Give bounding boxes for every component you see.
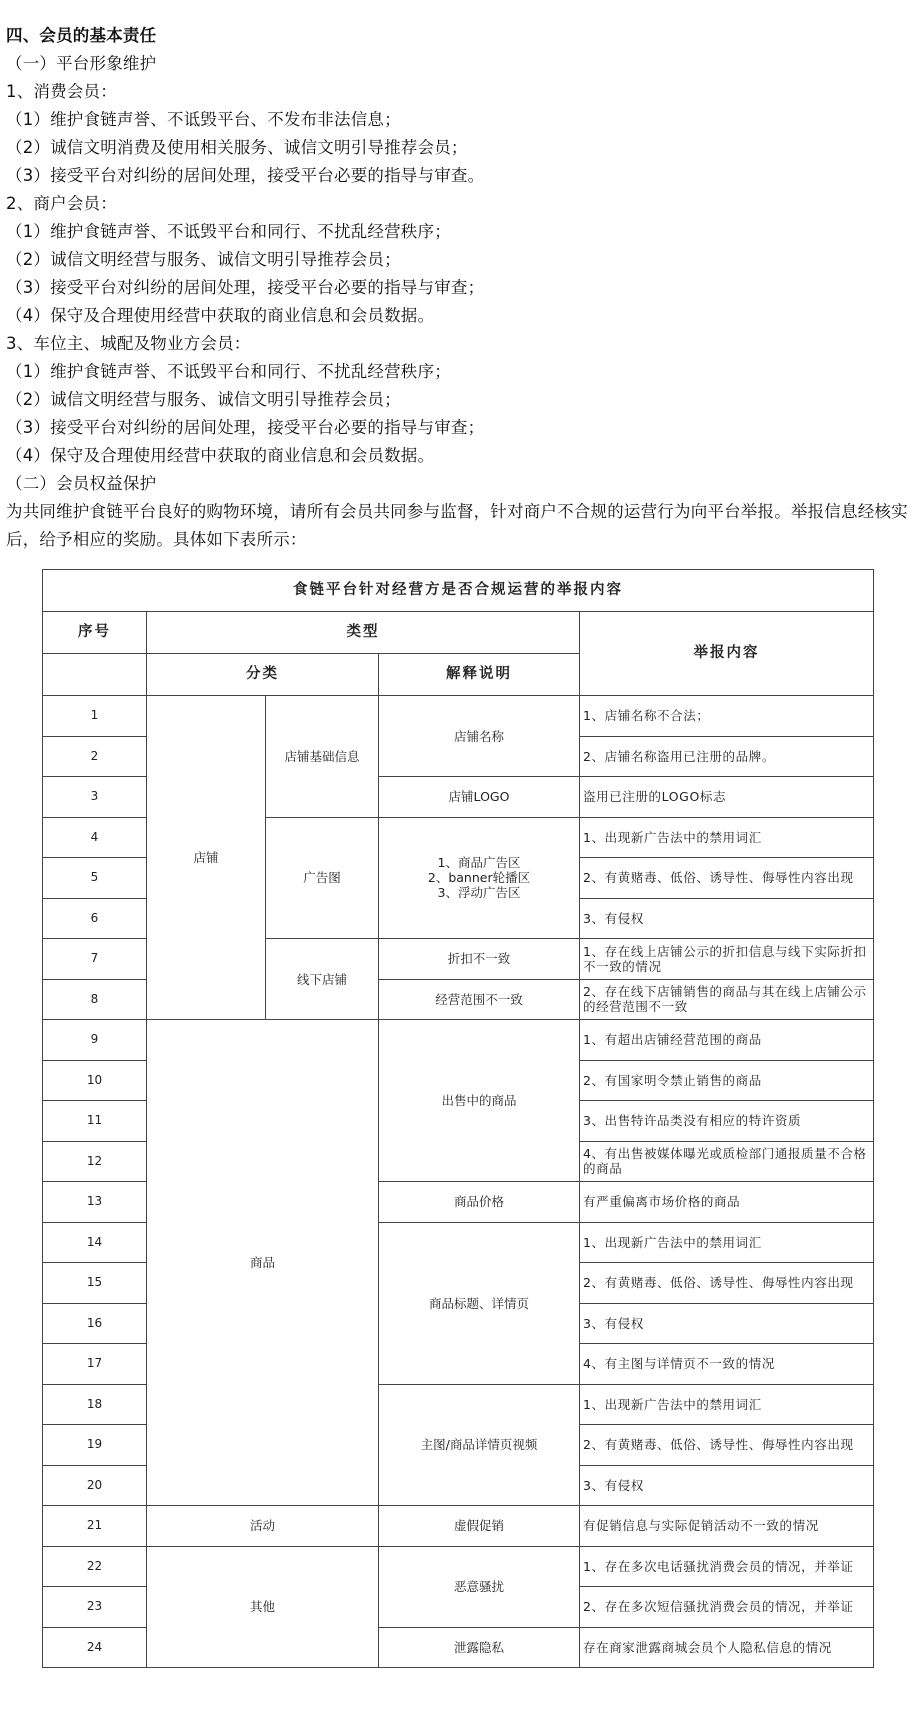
row-seq: 23 — [43, 1587, 147, 1628]
row-content: 4、有出售被媒体曝光或质检部门通报质量不合格的商品 — [580, 1141, 874, 1182]
row-seq: 24 — [43, 1627, 147, 1668]
row-content: 3、有侵权 — [580, 1303, 874, 1344]
table-row: 1 店铺 店铺基础信息 店铺名称 1、店铺名称不合法； — [43, 696, 874, 737]
row-seq: 12 — [43, 1141, 147, 1182]
row-content: 1、存在多次电话骚扰消费会员的情况，并举证 — [580, 1546, 874, 1587]
header-category: 分类 — [147, 654, 379, 696]
subcategory-offline-shop: 线下店铺 — [266, 939, 379, 1020]
row-seq: 21 — [43, 1506, 147, 1547]
category-activity: 活动 — [147, 1506, 379, 1547]
category-goods: 商品 — [147, 1020, 379, 1506]
explanation-privacy-leak: 泄露隐私 — [379, 1627, 580, 1668]
merchant-item: （1）维护食链声誉、不诋毁平台和同行、不扰乱经营秩序； — [6, 218, 912, 246]
row-content: 1、出现新广告法中的禁用词汇 — [580, 817, 874, 858]
explanation-ad-zones: 1、商品广告区 2、banner轮播区 3、浮动广告区 — [379, 817, 580, 939]
merchant-member-title: 2、商户会员： — [6, 190, 912, 218]
explanation-scope-mismatch: 经营范围不一致 — [379, 979, 580, 1020]
parking-member-title: 3、车位主、城配及物业方会员： — [6, 330, 912, 358]
row-seq: 13 — [43, 1182, 147, 1223]
subcategory-ad-image: 广告图 — [266, 817, 379, 939]
row-seq: 22 — [43, 1546, 147, 1587]
parking-item: （4）保守及合理使用经营中获取的商业信息和会员数据。 — [6, 442, 912, 470]
explanation-main-image-video: 主图/商品详情页视频 — [379, 1384, 580, 1506]
row-seq: 8 — [43, 979, 147, 1020]
row-seq: 11 — [43, 1101, 147, 1142]
row-seq: 7 — [43, 939, 147, 980]
row-content: 2、有黄赌毒、低俗、诱导性、侮辱性内容出现 — [580, 858, 874, 899]
category-shop: 店铺 — [147, 696, 266, 1020]
explanation-shop-logo: 店铺LOGO — [379, 777, 580, 818]
header-seq: 序号 — [43, 612, 147, 654]
subcategory-shop-basic: 店铺基础信息 — [266, 696, 379, 818]
explanation-discount-mismatch: 折扣不一致 — [379, 939, 580, 980]
explanation-goods-price: 商品价格 — [379, 1182, 580, 1223]
row-seq: 2 — [43, 736, 147, 777]
explanation-harassment: 恶意骚扰 — [379, 1546, 580, 1627]
explanation-shop-name: 店铺名称 — [379, 696, 580, 777]
parking-item: （2）诚信文明经营与服务、诚信文明引导推荐会员； — [6, 386, 912, 414]
consumer-member-title: 1、消费会员： — [6, 78, 912, 106]
row-seq: 1 — [43, 696, 147, 737]
header-seq-blank — [43, 654, 147, 696]
document-body: 四、会员的基本责任 （一）平台形象维护 1、消费会员： （1）维护食链声誉、不诋… — [6, 22, 912, 554]
row-content: 有促销信息与实际促销活动不一致的情况 — [580, 1506, 874, 1547]
consumer-item: （1）维护食链声誉、不诋毁平台、不发布非法信息； — [6, 106, 912, 134]
table-title: 食链平台针对经营方是否合规运营的举报内容 — [43, 570, 874, 612]
category-other: 其他 — [147, 1546, 379, 1668]
consumer-item: （3）接受平台对纠纷的居间处理，接受平台必要的指导与审查。 — [6, 162, 912, 190]
intro-paragraph: 为共同维护食链平台良好的购物环境，请所有会员共同参与监督，针对商户不合规的运营行… — [6, 498, 910, 554]
row-seq: 6 — [43, 898, 147, 939]
report-table: 食链平台针对经营方是否合规运营的举报内容 序号 类型 举报内容 分类 解释说明 … — [42, 569, 874, 1668]
explanation-goods-on-sale: 出售中的商品 — [379, 1020, 580, 1182]
row-content: 1、出现新广告法中的禁用词汇 — [580, 1384, 874, 1425]
section-heading: 四、会员的基本责任 — [6, 22, 912, 50]
merchant-item: （4）保守及合理使用经营中获取的商业信息和会员数据。 — [6, 302, 912, 330]
row-content: 1、店铺名称不合法； — [580, 696, 874, 737]
header-content: 举报内容 — [580, 612, 874, 696]
header-type: 类型 — [147, 612, 580, 654]
parking-item: （1）维护食链声誉、不诋毁平台和同行、不扰乱经营秩序； — [6, 358, 912, 386]
subsection-heading-image: （一）平台形象维护 — [6, 50, 912, 78]
row-seq: 20 — [43, 1465, 147, 1506]
explanation-goods-title-detail: 商品标题、详情页 — [379, 1222, 580, 1384]
row-content: 1、出现新广告法中的禁用词汇 — [580, 1222, 874, 1263]
row-content: 3、有侵权 — [580, 1465, 874, 1506]
row-content: 2、有黄赌毒、低俗、诱导性、侮辱性内容出现 — [580, 1263, 874, 1304]
row-seq: 14 — [43, 1222, 147, 1263]
table-row: 22 其他 恶意骚扰 1、存在多次电话骚扰消费会员的情况，并举证 — [43, 1546, 874, 1587]
row-seq: 18 — [43, 1384, 147, 1425]
row-seq: 5 — [43, 858, 147, 899]
row-content: 存在商家泄露商城会员个人隐私信息的情况 — [580, 1627, 874, 1668]
merchant-item: （3）接受平台对纠纷的居间处理，接受平台必要的指导与审查； — [6, 274, 912, 302]
row-content: 1、存在线上店铺公示的折扣信息与线下实际折扣不一致的情况 — [580, 939, 874, 980]
row-content: 2、存在线下店铺销售的商品与其在线上店铺公示的经营范围不一致 — [580, 979, 874, 1020]
row-seq: 19 — [43, 1425, 147, 1466]
table-row: 21 活动 虚假促销 有促销信息与实际促销活动不一致的情况 — [43, 1506, 874, 1547]
row-content: 3、有侵权 — [580, 898, 874, 939]
row-content: 2、有黄赌毒、低俗、诱导性、侮辱性内容出现 — [580, 1425, 874, 1466]
row-content: 1、有超出店铺经营范围的商品 — [580, 1020, 874, 1061]
row-content: 2、有国家明令禁止销售的商品 — [580, 1060, 874, 1101]
row-seq: 17 — [43, 1344, 147, 1385]
row-content: 3、出售特许品类没有相应的特许资质 — [580, 1101, 874, 1142]
row-seq: 3 — [43, 777, 147, 818]
explanation-fake-promotion: 虚假促销 — [379, 1506, 580, 1547]
row-seq: 4 — [43, 817, 147, 858]
row-content: 有严重偏离市场价格的商品 — [580, 1182, 874, 1223]
table-row: 9 商品 出售中的商品 1、有超出店铺经营范围的商品 — [43, 1020, 874, 1061]
row-seq: 10 — [43, 1060, 147, 1101]
row-content: 盗用已注册的LOGO标志 — [580, 777, 874, 818]
row-content: 2、存在多次短信骚扰消费会员的情况，并举证 — [580, 1587, 874, 1628]
consumer-item: （2）诚信文明消费及使用相关服务、诚信文明引导推荐会员； — [6, 134, 912, 162]
parking-item: （3）接受平台对纠纷的居间处理，接受平台必要的指导与审查； — [6, 414, 912, 442]
header-explanation: 解释说明 — [379, 654, 580, 696]
row-seq: 9 — [43, 1020, 147, 1061]
row-seq: 15 — [43, 1263, 147, 1304]
subsection-heading-rights: （二）会员权益保护 — [6, 470, 912, 498]
row-content: 2、店铺名称盗用已注册的品牌。 — [580, 736, 874, 777]
row-seq: 16 — [43, 1303, 147, 1344]
merchant-item: （2）诚信文明经营与服务、诚信文明引导推荐会员； — [6, 246, 912, 274]
row-content: 4、有主图与详情页不一致的情况 — [580, 1344, 874, 1385]
